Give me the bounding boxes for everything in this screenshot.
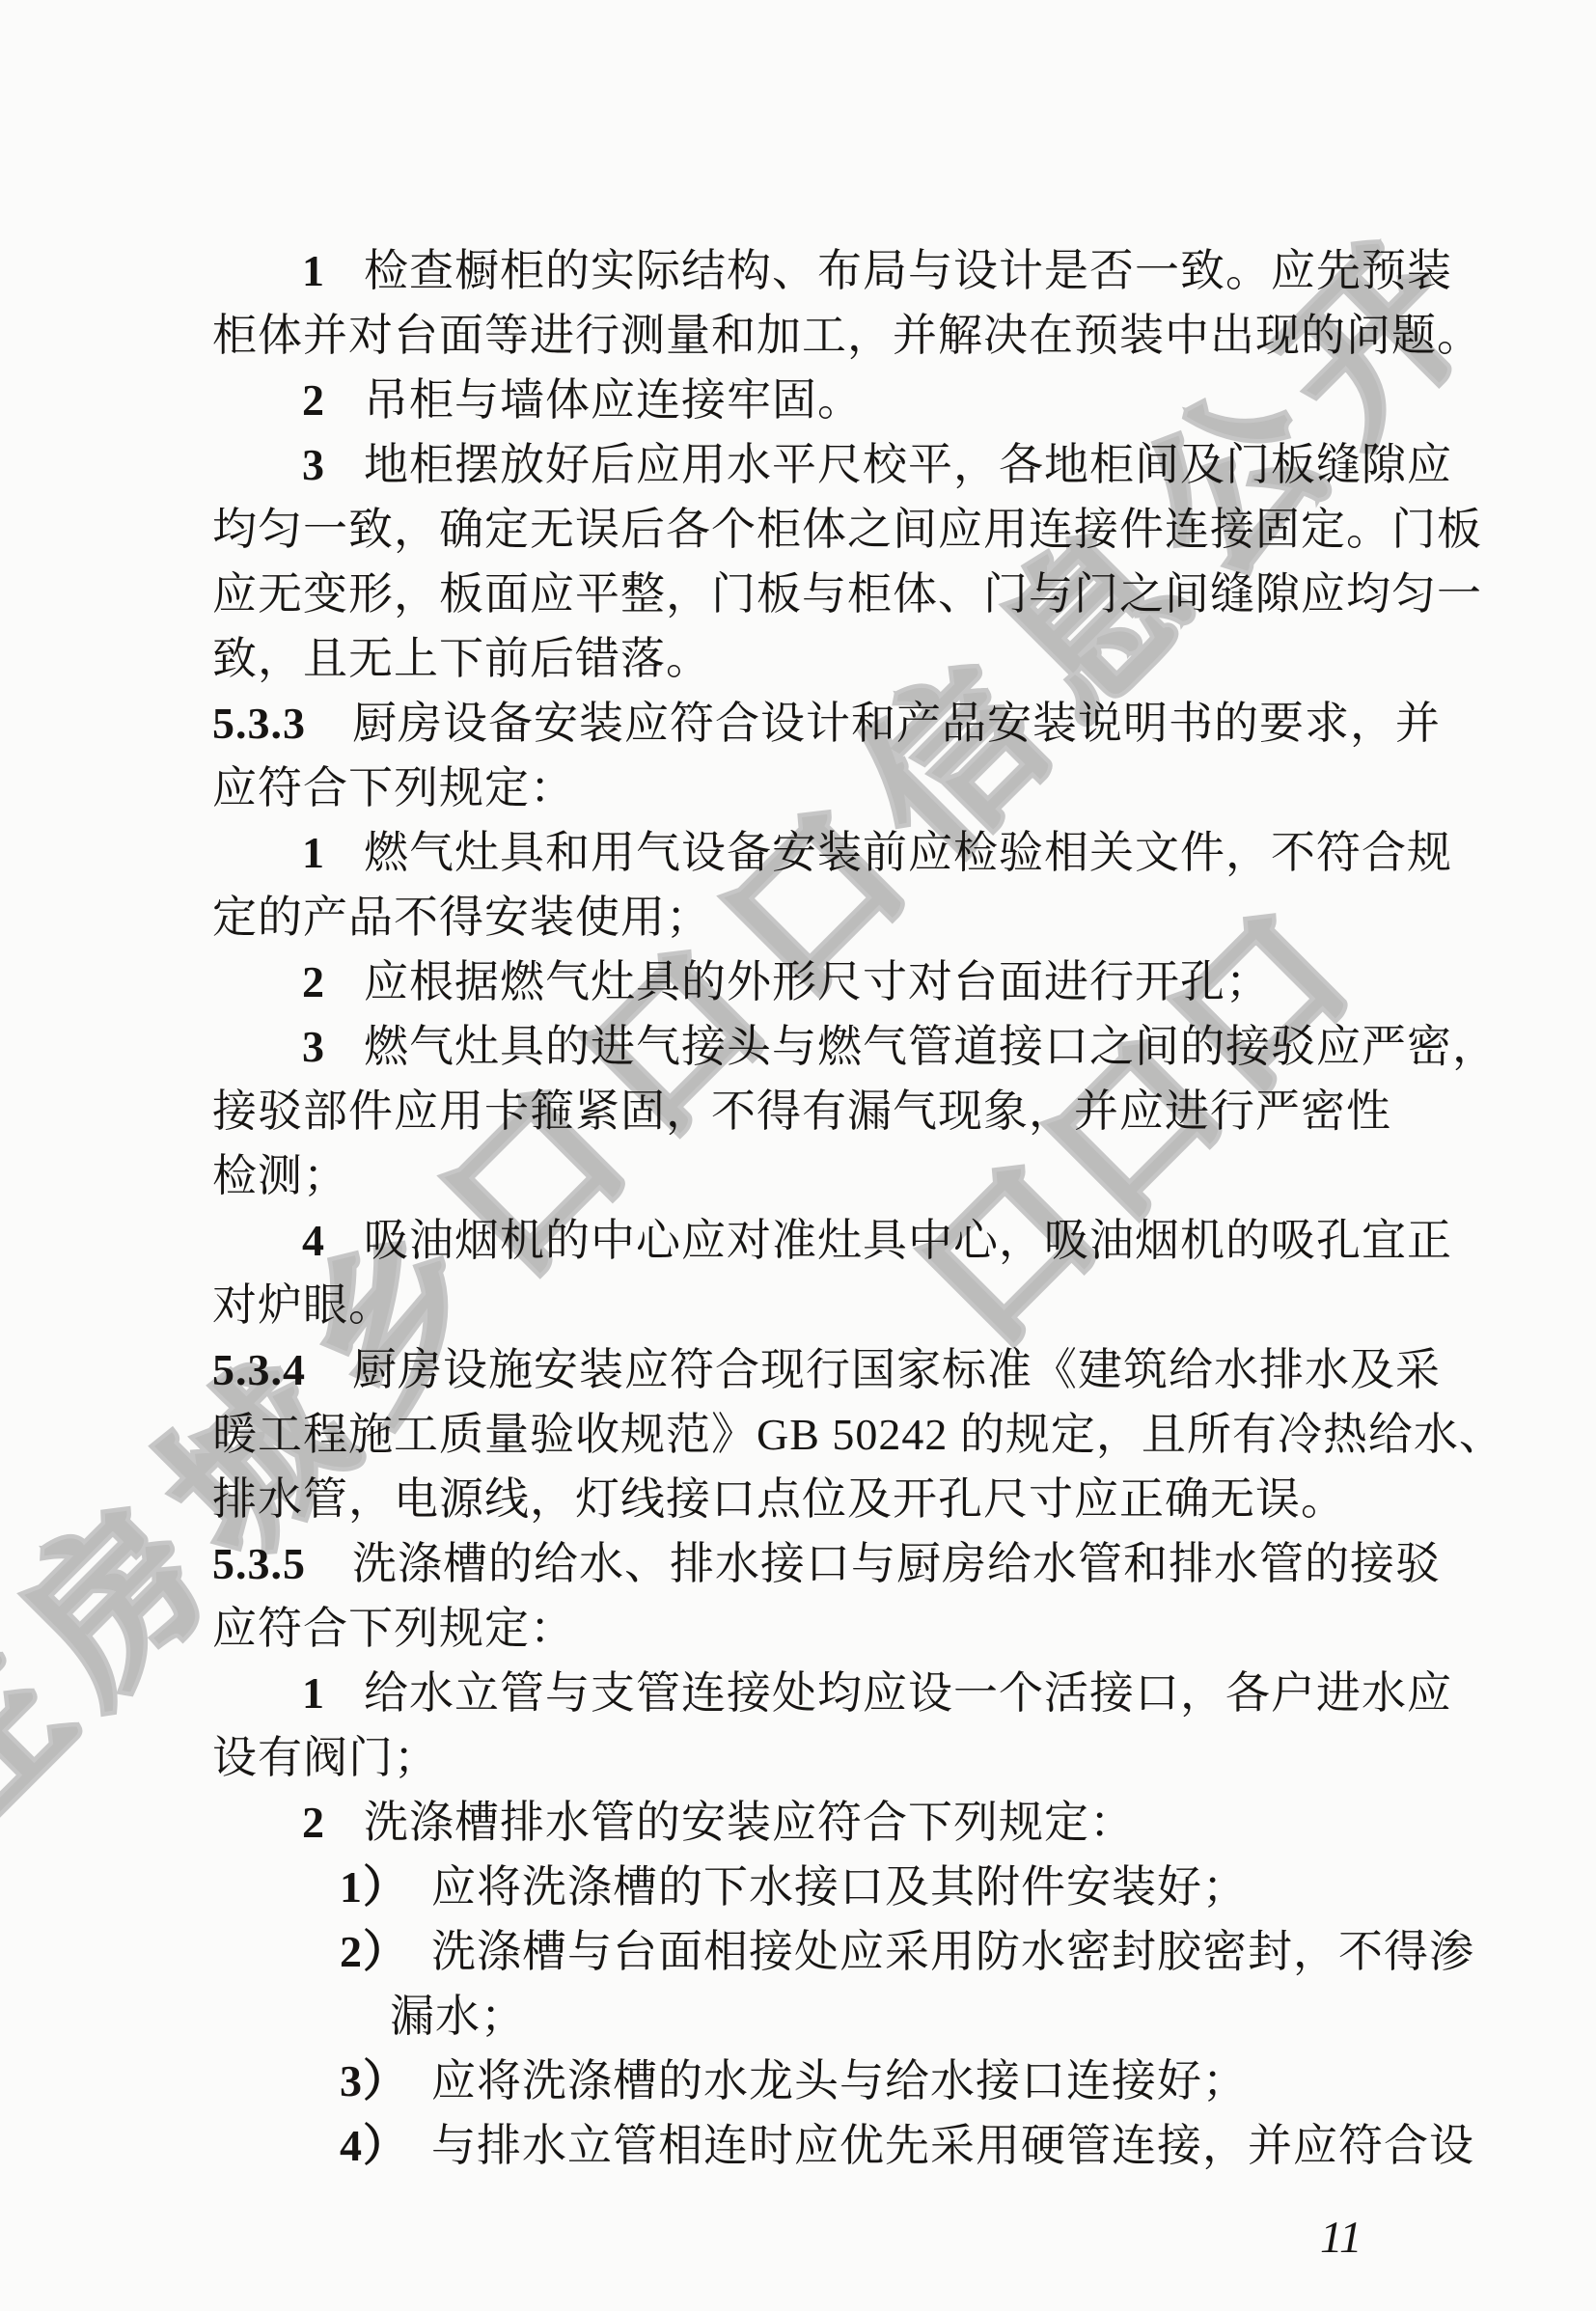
line-text: 地柜摆放好后应用水平尺校平，各地柜间及门板缝隙应 <box>364 440 1452 489</box>
document-body: 1检查橱柜的实际结构、布局与设计是否一致。应先预装柜体并对台面等进行测量和加工，… <box>212 238 1544 2178</box>
line-text: 对炉眼。 <box>212 1280 394 1330</box>
line-text: 给水立管与支管连接处均应设一个活接口，各户进水应 <box>364 1668 1452 1718</box>
line-text: 设有阀门； <box>212 1733 439 1782</box>
text-line: 应符合下列规定： <box>212 1596 1544 1661</box>
line-prefix: 4） <box>340 2121 408 2170</box>
text-line: 5.3.5洗涤槽的给水、排水接口与厨房给水管和排水管的接驳 <box>212 1531 1544 1596</box>
line-text: 应符合下列规定： <box>212 763 575 812</box>
text-line: 2）洗涤槽与台面相接处应采用防水密封胶密封，不得渗 <box>212 1919 1544 1984</box>
line-prefix: 2 <box>302 375 325 425</box>
text-line: 5.3.3厨房设备安装应符合设计和产品安装说明书的要求，并 <box>212 691 1544 756</box>
text-line: 应符合下列规定： <box>212 756 1544 820</box>
text-line: 接驳部件应用卡箍紧固，不得有漏气现象，并应进行严密性 <box>212 1079 1544 1143</box>
text-line: 应无变形，板面应平整，门板与柜体、门与门之间缝隙应均匀一 <box>212 562 1544 626</box>
line-prefix: 2 <box>302 957 325 1006</box>
line-text: 吊柜与墙体应连接牢固。 <box>364 375 863 425</box>
line-prefix: 1） <box>340 1862 408 1912</box>
text-line: 致，且无上下前后错落。 <box>212 626 1544 691</box>
document-page: 住房城乡口口口信息公开 口口口 1检查橱柜的实际结构、布局与设计是否一致。应先预… <box>0 0 1596 2311</box>
line-text: 定的产品不得安装使用； <box>212 893 711 942</box>
text-line: 1）应将洗涤槽的下水接口及其附件安装好； <box>212 1855 1544 1919</box>
text-line: 2吊柜与墙体应连接牢固。 <box>212 368 1544 432</box>
line-prefix: 1 <box>302 1668 325 1718</box>
line-text: 厨房设备安装应符合设计和产品安装说明书的要求，并 <box>352 699 1441 748</box>
line-text: 检测； <box>212 1151 348 1200</box>
text-line: 暖工程施工质量验收规范》GB 50242 的规定，且所有冷热给水、 <box>212 1402 1544 1467</box>
text-line: 排水管，电源线，灯线接口点位及开孔尺寸应正确无误。 <box>212 1467 1544 1531</box>
text-line: 定的产品不得安装使用； <box>212 885 1544 949</box>
text-line: 1检查橱柜的实际结构、布局与设计是否一致。应先预装 <box>212 238 1544 303</box>
line-prefix: 3） <box>340 2056 408 2105</box>
line-text: 应无变形，板面应平整，门板与柜体、门与门之间缝隙应均匀一 <box>212 569 1482 619</box>
line-text: 接驳部件应用卡箍紧固，不得有漏气现象，并应进行严密性 <box>212 1087 1391 1136</box>
text-line: 漏水； <box>212 1984 1544 2049</box>
text-line: 1燃气灶具和用气设备安装前应检验相关文件，不符合规 <box>212 820 1544 885</box>
line-text: 柜体并对台面等进行测量和加工，并解决在预装中出现的问题。 <box>212 311 1482 360</box>
line-text: 洗涤槽排水管的安装应符合下列规定： <box>364 1798 1135 1847</box>
text-line: 柜体并对台面等进行测量和加工，并解决在预装中出现的问题。 <box>212 303 1544 368</box>
line-text: 洗涤槽与台面相接处应采用防水密封胶密封，不得渗 <box>431 1927 1474 1976</box>
line-text: 应根据燃气灶具的外形尺寸对台面进行开孔； <box>364 957 1271 1006</box>
line-text: 厨房设施安装应符合现行国家标准《建筑给水排水及采 <box>352 1345 1441 1394</box>
line-text: 暖工程施工质量验收规范》GB 50242 的规定，且所有冷热给水、 <box>212 1410 1504 1459</box>
text-line: 2应根据燃气灶具的外形尺寸对台面进行开孔； <box>212 949 1544 1014</box>
line-prefix: 2 <box>302 1798 325 1847</box>
text-line: 均匀一致，确定无误后各个柜体之间应用连接件连接固定。门板 <box>212 497 1544 562</box>
line-text: 排水管，电源线，灯线接口点位及开孔尺寸应正确无误。 <box>212 1474 1346 1524</box>
text-line: 对炉眼。 <box>212 1273 1544 1337</box>
line-prefix: 4 <box>302 1216 325 1265</box>
line-text: 与排水立管相连时应优先采用硬管连接，并应符合设 <box>431 2121 1474 2170</box>
line-prefix: 1 <box>302 246 325 295</box>
line-prefix: 1 <box>302 828 325 877</box>
line-text: 燃气灶具的进气接头与燃气管道接口之间的接驳应严密， <box>364 1022 1498 1071</box>
line-text: 应符合下列规定： <box>212 1604 575 1653</box>
text-line: 2洗涤槽排水管的安装应符合下列规定： <box>212 1790 1544 1855</box>
line-text: 吸油烟机的中心应对准灶具中心，吸油烟机的吸孔宜正 <box>364 1216 1452 1265</box>
line-prefix: 3 <box>302 1022 325 1071</box>
line-prefix: 2） <box>340 1927 408 1976</box>
text-line: 4吸油烟机的中心应对准灶具中心，吸油烟机的吸孔宜正 <box>212 1208 1544 1273</box>
line-text: 检查橱柜的实际结构、布局与设计是否一致。应先预装 <box>364 246 1452 295</box>
line-prefix: 5.3.3 <box>212 699 306 748</box>
text-line: 设有阀门； <box>212 1725 1544 1790</box>
line-prefix: 3 <box>302 440 325 489</box>
line-text: 燃气灶具和用气设备安装前应检验相关文件，不符合规 <box>364 828 1452 877</box>
page-number: 11 <box>1320 2212 1362 2264</box>
text-line: 3）应将洗涤槽的水龙头与给水接口连接好； <box>212 2049 1544 2113</box>
line-text: 应将洗涤槽的水龙头与给水接口连接好； <box>431 2056 1248 2105</box>
text-line: 3燃气灶具的进气接头与燃气管道接口之间的接驳应严密， <box>212 1014 1544 1079</box>
line-text: 均匀一致，确定无误后各个柜体之间应用连接件连接固定。门板 <box>212 505 1482 554</box>
text-line: 3地柜摆放好后应用水平尺校平，各地柜间及门板缝隙应 <box>212 432 1544 497</box>
line-text: 洗涤槽的给水、排水接口与厨房给水管和排水管的接驳 <box>352 1539 1441 1588</box>
line-text: 应将洗涤槽的下水接口及其附件安装好； <box>431 1862 1248 1912</box>
text-line: 1给水立管与支管连接处均应设一个活接口，各户进水应 <box>212 1661 1544 1725</box>
line-prefix: 5.3.4 <box>212 1345 306 1394</box>
text-line: 5.3.4厨房设施安装应符合现行国家标准《建筑给水排水及采 <box>212 1337 1544 1402</box>
text-line: 检测； <box>212 1143 1544 1208</box>
text-line: 4）与排水立管相连时应优先采用硬管连接，并应符合设 <box>212 2113 1544 2178</box>
line-text: 致，且无上下前后错落。 <box>212 634 711 683</box>
line-prefix: 5.3.5 <box>212 1539 306 1588</box>
line-text: 漏水； <box>390 1992 526 2041</box>
